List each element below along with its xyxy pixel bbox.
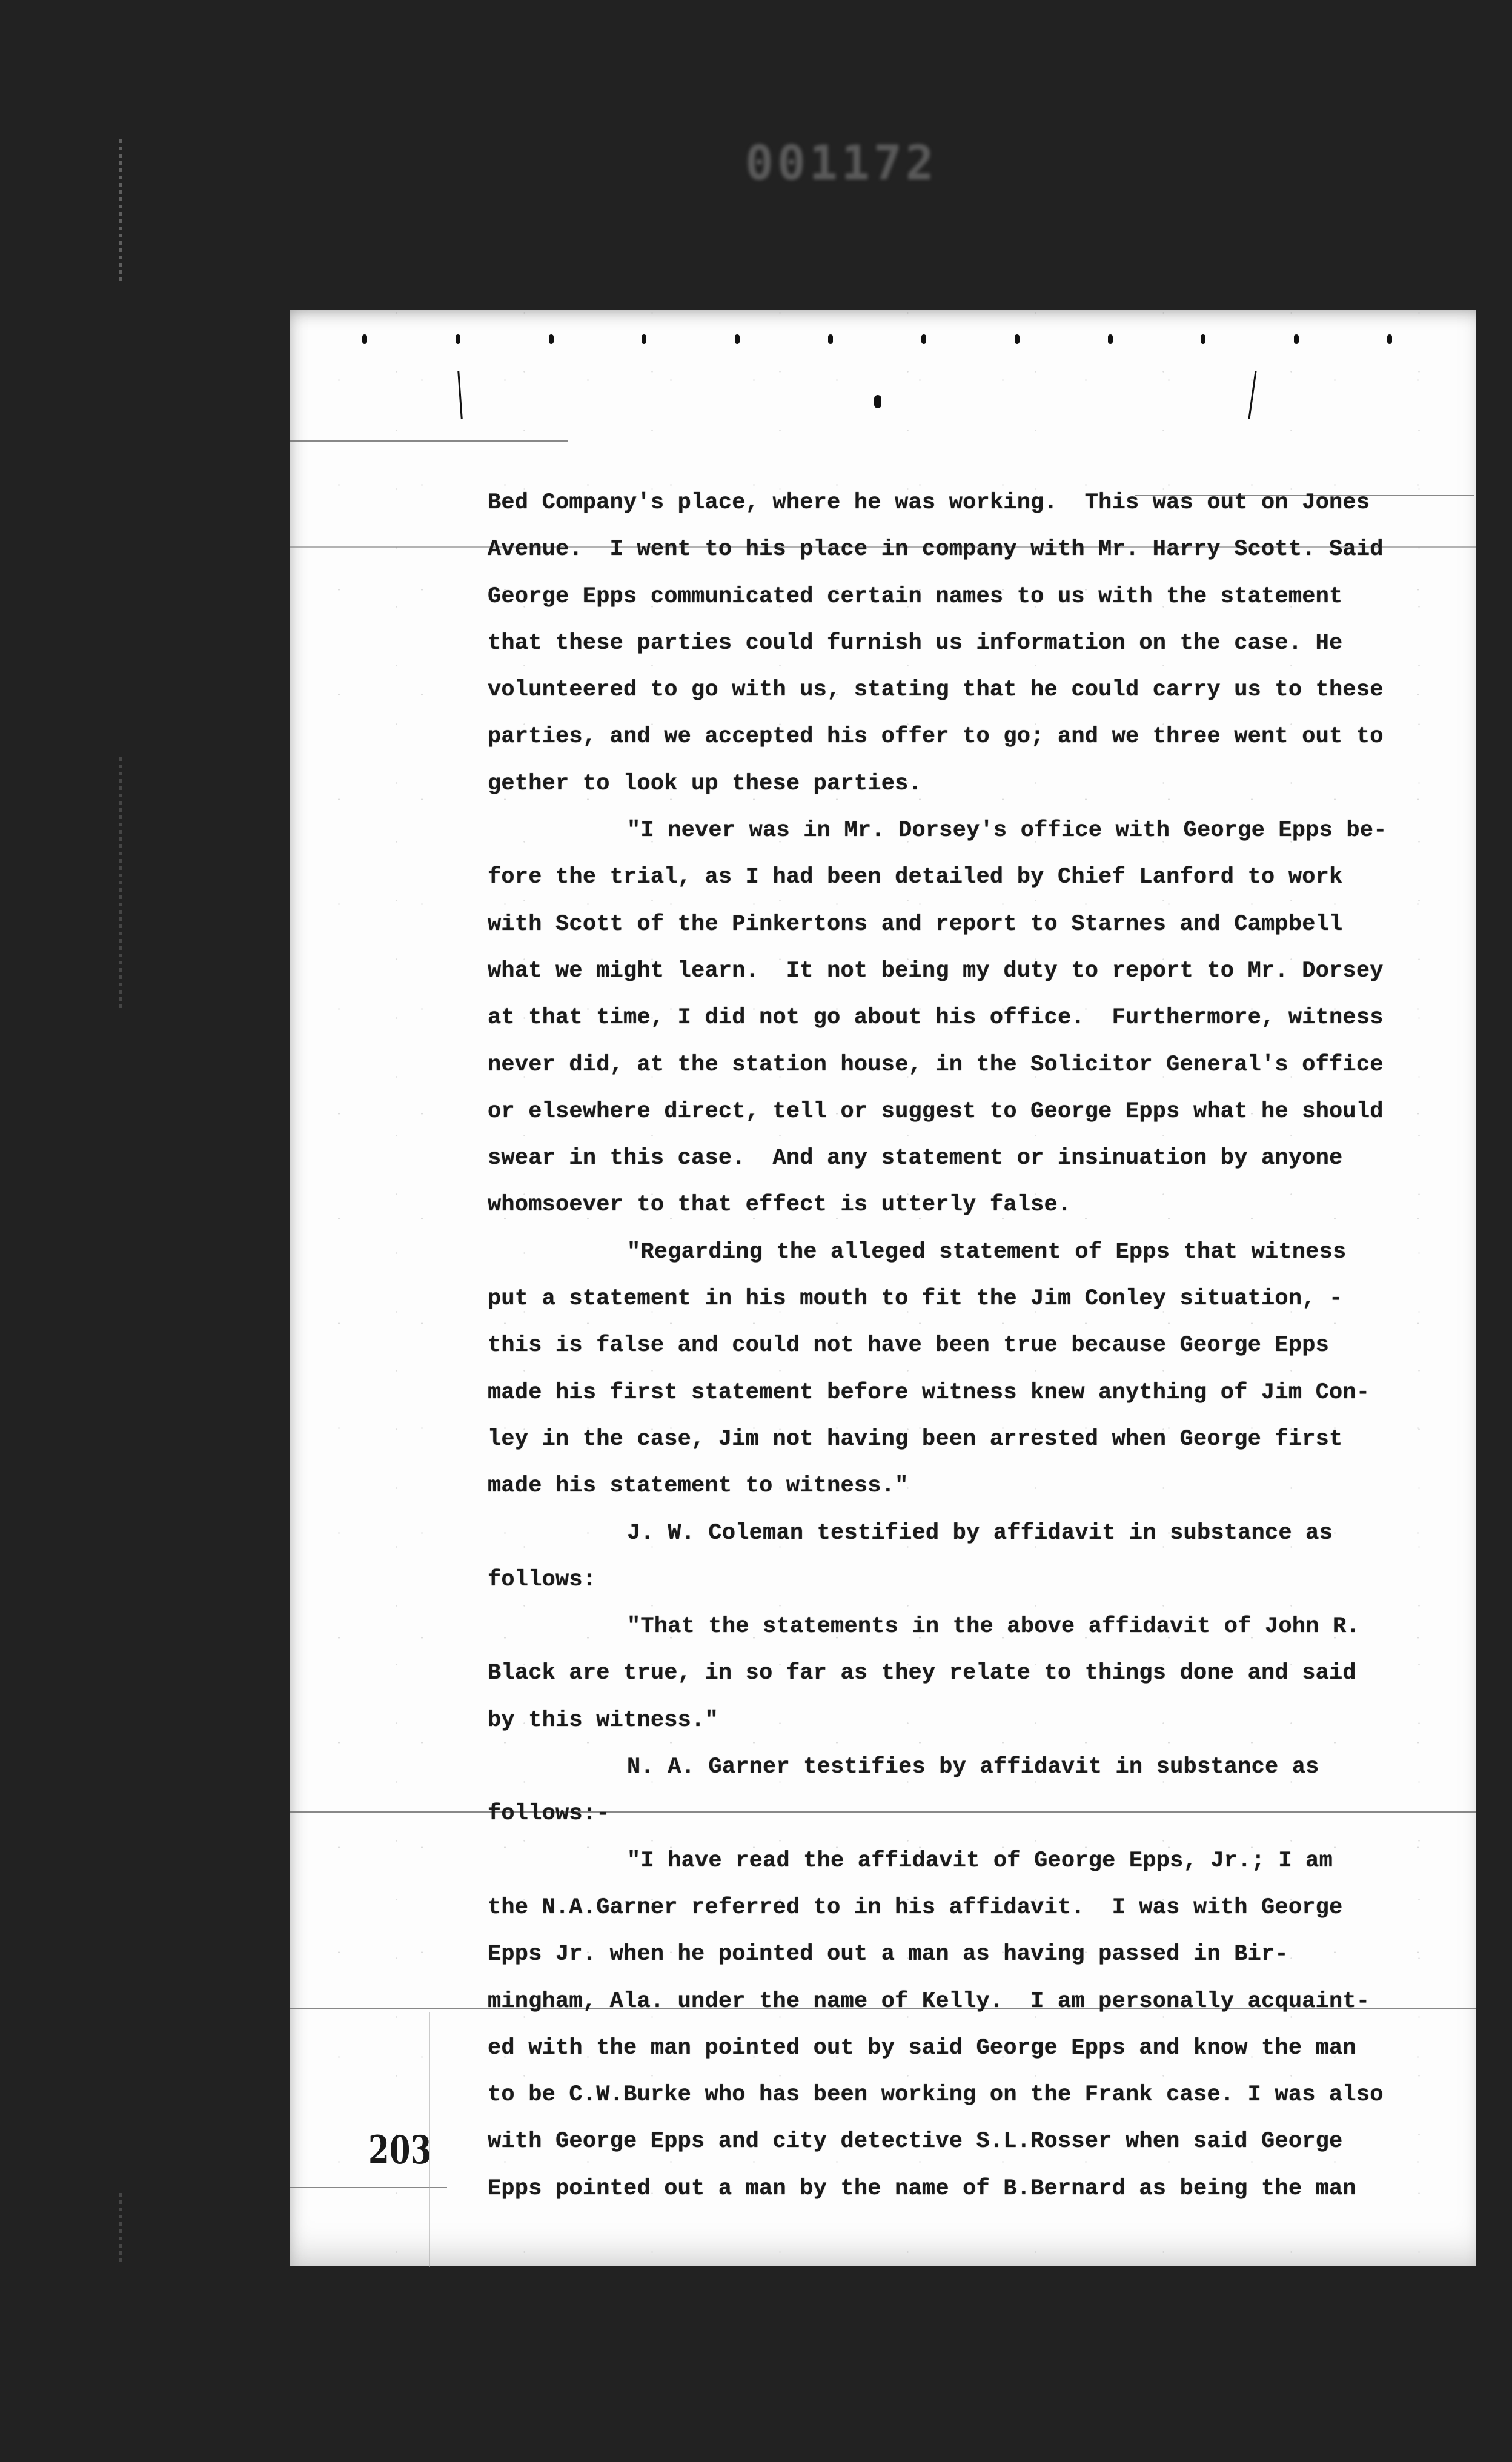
text-line: George Epps communicated certain names t… <box>488 574 1469 620</box>
text-line: ley in the case, Jim not having been arr… <box>488 1416 1469 1463</box>
text-line: parties, and we accepted his offer to go… <box>488 714 1469 760</box>
text-line: at that time, I did not go about his off… <box>488 995 1469 1041</box>
punch-mark <box>456 334 460 344</box>
punch-mark <box>362 334 367 344</box>
punch-mark <box>1201 334 1205 344</box>
film-edge-mark <box>119 757 122 1012</box>
film-edge-mark <box>119 2193 122 2266</box>
text-line: Epps pointed out a man by the name of B.… <box>488 2166 1469 2212</box>
punch-mark <box>642 334 646 344</box>
text-line: ed with the man pointed out by said Geor… <box>488 2025 1469 2072</box>
text-line: Bed Company's place, where he was workin… <box>488 480 1469 526</box>
text-line: N. A. Garner testifies by affidavit in s… <box>488 1744 1469 1791</box>
document-page: 203 Bed Company's place, where he was wo… <box>290 310 1476 2266</box>
text-line: fore the trial, as I had been detailed b… <box>488 854 1469 901</box>
text-line: made his statement to witness." <box>488 1463 1469 1510</box>
text-line: this is false and could not have been tr… <box>488 1322 1469 1369</box>
text-line: put a statement in his mouth to fit the … <box>488 1276 1469 1322</box>
text-line: Epps Jr. when he pointed out a man as ha… <box>488 1931 1469 1978</box>
text-line: made his first statement before witness … <box>488 1370 1469 1416</box>
text-line: never did, at the station house, in the … <box>488 1042 1469 1089</box>
scan-rule <box>290 440 568 442</box>
microfilm-frame-number: 001172 <box>745 136 938 191</box>
punch-mark <box>828 334 833 344</box>
text-line: swear in this case. And any statement or… <box>488 1135 1469 1182</box>
text-line: by this witness." <box>488 1697 1469 1744</box>
scan-rule <box>290 2187 447 2188</box>
text-line: "I never was in Mr. Dorsey's office with… <box>488 808 1469 854</box>
punch-mark <box>1108 334 1113 344</box>
pen-mark <box>1248 371 1256 419</box>
text-line: follows:- <box>488 1791 1469 1837</box>
text-line: whomsoever to that effect is utterly fal… <box>488 1182 1469 1229</box>
text-line: the N.A.Garner referred to in his affida… <box>488 1885 1469 1931</box>
text-line: "Regarding the alleged statement of Epps… <box>488 1229 1469 1276</box>
text-line: that these parties could furnish us info… <box>488 620 1469 667</box>
pen-mark <box>457 371 463 419</box>
page-number: 203 <box>368 2128 431 2173</box>
text-line: mingham, Ala. under the name of Kelly. I… <box>488 1979 1469 2025</box>
punch-mark <box>549 334 554 344</box>
text-line: gether to look up these parties. <box>488 761 1469 808</box>
document-body: Bed Company's place, where he was workin… <box>488 480 1469 2212</box>
text-line: with George Epps and city detective S.L.… <box>488 2119 1469 2165</box>
text-line: follows: <box>488 1557 1469 1604</box>
text-line: or elsewhere direct, tell or suggest to … <box>488 1089 1469 1135</box>
text-line: what we might learn. It not being my dut… <box>488 948 1469 995</box>
text-line: volunteered to go with us, stating that … <box>488 667 1469 714</box>
text-line: Avenue. I went to his place in company w… <box>488 526 1469 573</box>
punch-mark <box>921 334 926 344</box>
text-line: to be C.W.Burke who has been working on … <box>488 2072 1469 2119</box>
pen-mark <box>874 395 881 408</box>
punch-mark <box>1387 334 1392 344</box>
text-line: "That the statements in the above affida… <box>488 1604 1469 1650</box>
text-line: Black are true, in so far as they relate… <box>488 1650 1469 1697</box>
text-line: J. W. Coleman testified by affidavit in … <box>488 1510 1469 1557</box>
text-line: with Scott of the Pinkertons and report … <box>488 901 1469 948</box>
punch-mark <box>735 334 740 344</box>
film-edge-mark <box>119 139 122 285</box>
text-line: "I have read the affidavit of George Epp… <box>488 1838 1469 1885</box>
punch-mark <box>1294 334 1299 344</box>
punch-mark <box>1015 334 1020 344</box>
punch-marks <box>362 334 1392 344</box>
